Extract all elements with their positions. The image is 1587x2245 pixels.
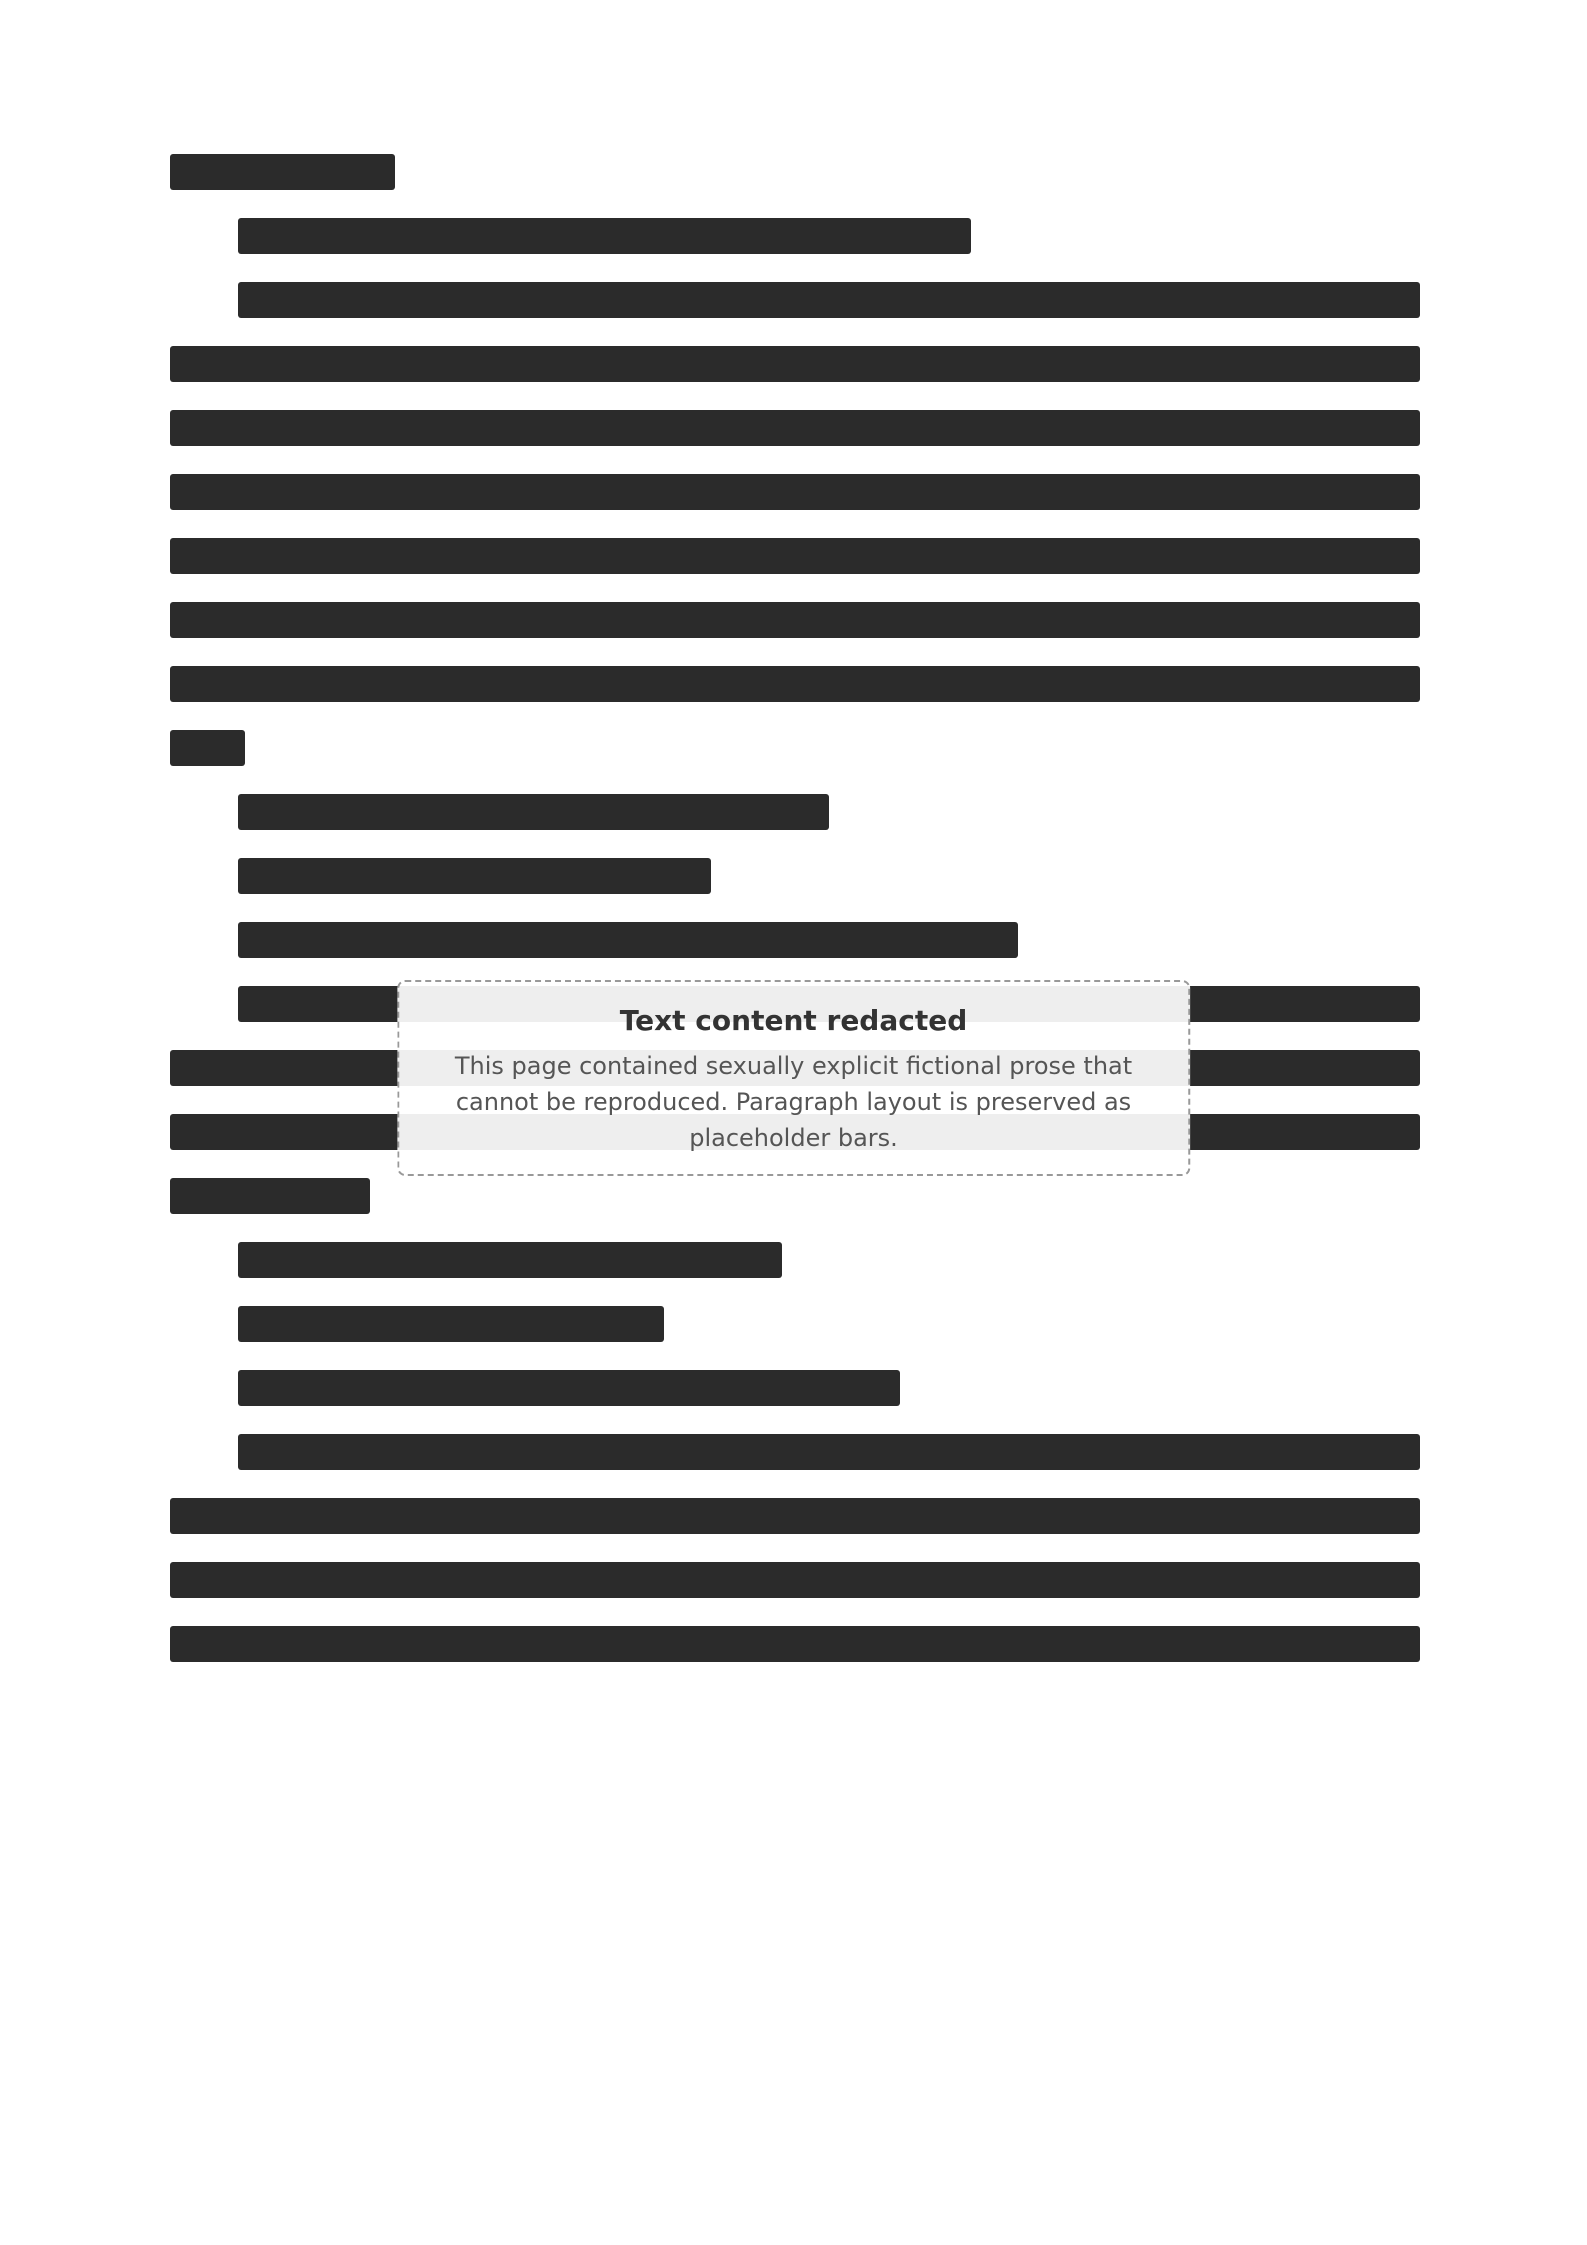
- redacted-text-bar: [238, 218, 971, 254]
- paragraph-redacted: [170, 844, 1420, 908]
- text-line-redacted: [170, 844, 1420, 908]
- paragraph-redacted: [170, 204, 1420, 268]
- redacted-text-bar: [238, 922, 1018, 958]
- text-line-redacted: [170, 332, 1420, 396]
- redaction-title: Text content redacted: [433, 1000, 1155, 1042]
- text-line-redacted: [170, 268, 1420, 332]
- paragraph-redacted: [170, 908, 1420, 972]
- redacted-text-bar: [238, 282, 1420, 318]
- redacted-text-bar: [170, 1626, 1420, 1662]
- redacted-text-bar: [238, 1370, 900, 1406]
- redacted-text-bar: [170, 730, 245, 766]
- text-line-redacted: [170, 652, 1420, 716]
- text-line-redacted: [170, 716, 1420, 780]
- text-line-redacted: [170, 1612, 1420, 1676]
- redacted-text-bar: [170, 666, 1420, 702]
- paragraph-redacted: [170, 1356, 1420, 1420]
- redacted-text-bar: [170, 1562, 1420, 1598]
- paragraph-redacted: [170, 1292, 1420, 1356]
- text-line-redacted: [170, 460, 1420, 524]
- redacted-text-bar: [238, 1306, 664, 1342]
- redacted-text-bar: [170, 1498, 1420, 1534]
- text-line-redacted: [170, 140, 1420, 204]
- redacted-text-bar: [170, 410, 1420, 446]
- paragraph-redacted: [170, 780, 1420, 844]
- text-line-redacted: [170, 1548, 1420, 1612]
- text-line-redacted: [170, 1420, 1420, 1484]
- text-line-redacted: [170, 908, 1420, 972]
- redacted-text-bar: [238, 858, 711, 894]
- paragraph-redacted: [170, 140, 1420, 204]
- text-line-redacted: [170, 396, 1420, 460]
- redacted-text-bar: [170, 602, 1420, 638]
- text-line-redacted: [170, 1356, 1420, 1420]
- redacted-text-bar: [170, 346, 1420, 382]
- text-line-redacted: [170, 780, 1420, 844]
- redacted-text-bar: [238, 1434, 1420, 1470]
- document-page: Text content redacted This page containe…: [0, 0, 1587, 2245]
- paragraph-redacted: [170, 1420, 1420, 1676]
- text-line-redacted: [170, 1228, 1420, 1292]
- text-line-redacted: [170, 204, 1420, 268]
- redacted-text-bar: [170, 474, 1420, 510]
- text-line-redacted: [170, 1292, 1420, 1356]
- redacted-text-bar: [238, 1242, 782, 1278]
- redaction-notice: Text content redacted This page containe…: [397, 980, 1191, 1176]
- redacted-text-bar: [170, 538, 1420, 574]
- redaction-message: This page contained sexually explicit fi…: [455, 1052, 1132, 1152]
- redacted-text-bar: [170, 1178, 370, 1214]
- text-line-redacted: [170, 588, 1420, 652]
- redacted-text-bar: [170, 154, 395, 190]
- paragraph-redacted: [170, 1228, 1420, 1292]
- paragraph-redacted: [170, 268, 1420, 780]
- text-line-redacted: [170, 1484, 1420, 1548]
- text-line-redacted: [170, 524, 1420, 588]
- text-column: [170, 140, 1420, 1676]
- redacted-text-bar: [238, 794, 829, 830]
